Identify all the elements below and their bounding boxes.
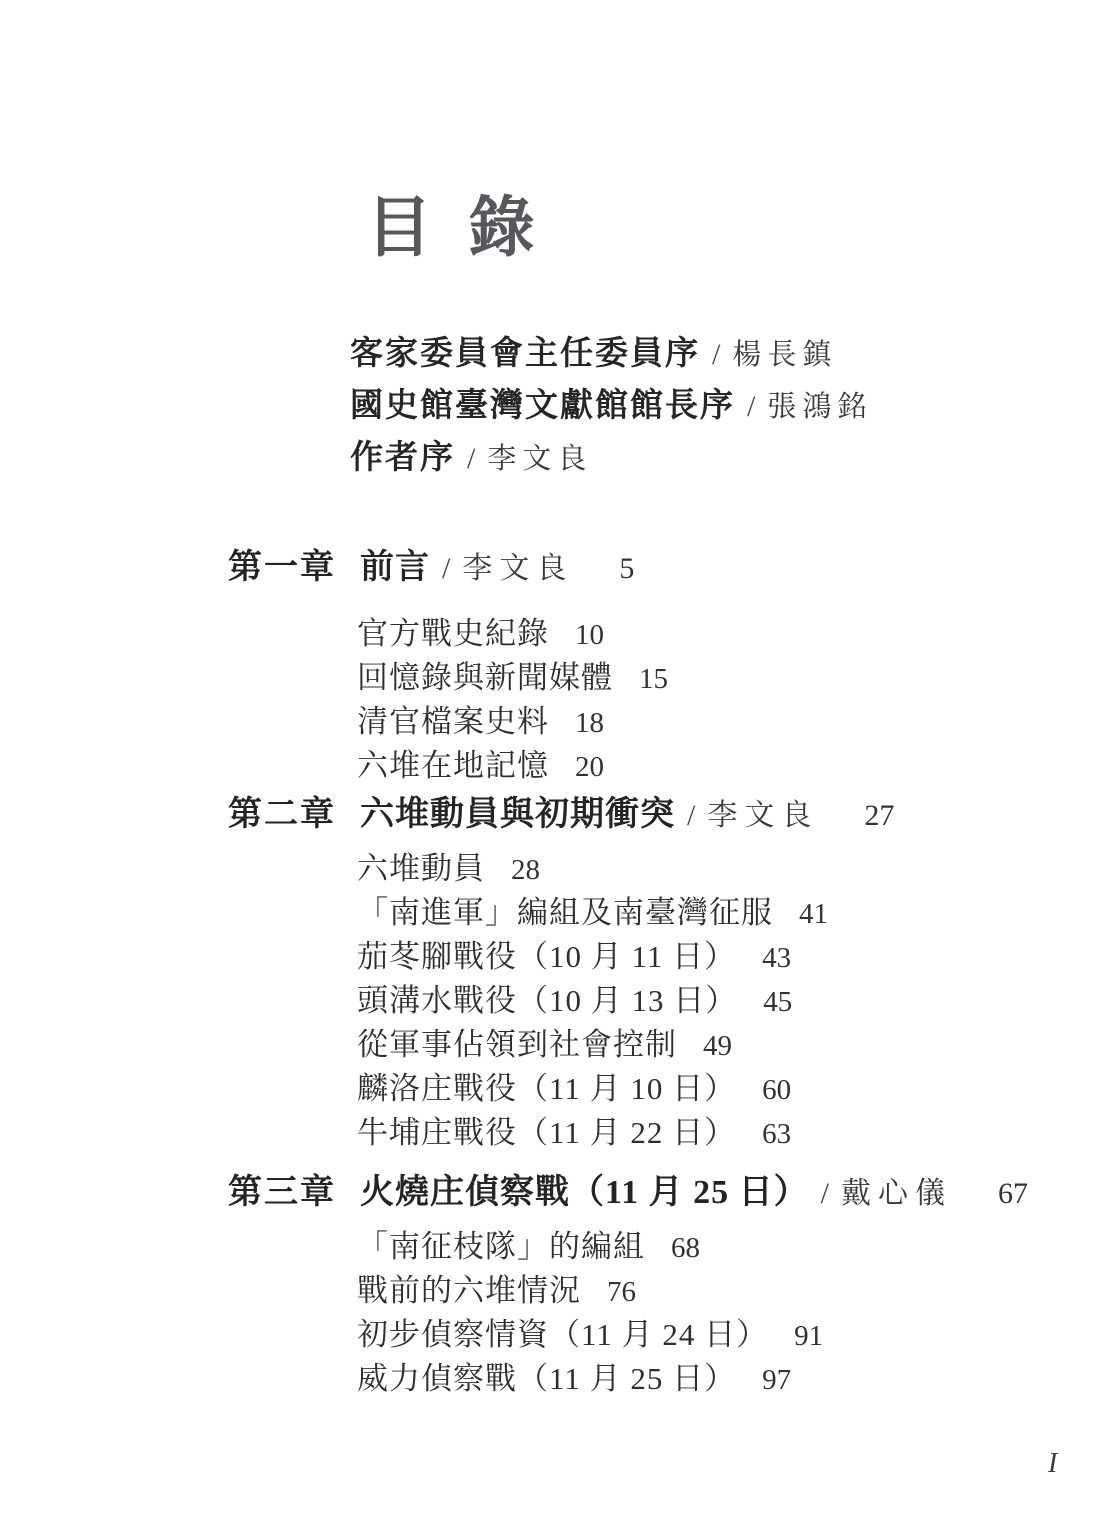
chapter-number: 第三章 (228, 1171, 360, 1215)
preface-author: 楊長鎮 (732, 339, 837, 371)
section-page-number: 10 (575, 619, 604, 651)
chapter-sections: 六堆動員28 「南進軍」編組及南臺灣征服41 茄苳腳戰役（10 月 11 日）4… (357, 847, 828, 1155)
chapter-heading: 第三章火燒庄偵察戰（11 月 25 日）/戴心儀67 (228, 1171, 1028, 1215)
section-title: 六堆動員 (357, 851, 485, 886)
section-title: 戰前的六堆情況 (357, 1273, 581, 1308)
page-title: 目 錄 (366, 196, 545, 262)
preface-title: 客家委員會主任委員序 (350, 336, 700, 372)
toc-section-row: 威力偵察戰（11 月 25 日）97 (357, 1357, 823, 1401)
toc-section-row: 回憶錄與新聞媒體15 (357, 656, 668, 700)
section-title: 麟洛庄戰役（11 月 10 日） (357, 1071, 736, 1106)
slash-separator: / (430, 552, 462, 585)
chapter-title: 火燒庄偵察戰（11 月 25 日） (360, 1174, 809, 1211)
section-page-number: 76 (607, 1276, 636, 1308)
section-page-number: 28 (511, 854, 540, 886)
toc-section-row: 頭溝水戰役（10 月 13 日）45 (357, 979, 828, 1023)
section-page-number: 91 (794, 1320, 823, 1352)
section-title: 「南征枝隊」的編組 (357, 1229, 645, 1264)
book-toc-page: 目 錄 客家委員會主任委員序/楊長鎮 國史館臺灣文獻館館長序/張鴻銘 作者序/李… (0, 0, 1104, 1514)
section-page-number: 60 (762, 1074, 791, 1106)
preface-title: 國史館臺灣文獻館館長序 (350, 388, 735, 424)
folio-page-number: I (1048, 1448, 1057, 1480)
chapter-title: 六堆動員與初期衝突 (360, 796, 675, 833)
preface-item: 作者序/李文良 (350, 432, 872, 484)
slash-separator: / (455, 442, 487, 475)
section-title: 清官檔案史料 (357, 704, 549, 739)
chapter-author: 李文良 (462, 552, 573, 585)
toc-section-row: 戰前的六堆情況76 (357, 1269, 823, 1313)
section-title: 「南進軍」編組及南臺灣征服 (357, 895, 773, 930)
section-title: 從軍事佔領到社會控制 (357, 1027, 677, 1062)
section-page-number: 68 (671, 1232, 700, 1264)
slash-separator: / (735, 390, 767, 423)
section-page-number: 63 (762, 1118, 791, 1150)
slash-separator: / (809, 1177, 841, 1210)
section-title: 頭溝水戰役（10 月 13 日） (357, 983, 737, 1018)
preface-author: 李文良 (487, 443, 592, 475)
section-page-number: 15 (639, 663, 668, 695)
chapter-page-number: 27 (864, 799, 894, 832)
chapter-author: 李文良 (707, 799, 818, 832)
chapter-author: 戴心儀 (841, 1177, 952, 1210)
chapter-heading: 第一章前言/李文良5 (228, 546, 634, 590)
preface-item: 客家委員會主任委員序/楊長鎮 (350, 328, 872, 380)
slash-separator: / (700, 338, 732, 371)
section-page-number: 43 (762, 942, 791, 974)
chapter-number: 第二章 (228, 793, 360, 837)
toc-section-row: 「南進軍」編組及南臺灣征服41 (357, 891, 828, 935)
preface-author: 張鴻銘 (767, 391, 872, 423)
chapter-sections: 官方戰史紀錄10 回憶錄與新聞媒體15 清官檔案史料18 六堆在地記憶20 (357, 612, 668, 788)
toc-section-row: 「南征枝隊」的編組68 (357, 1225, 823, 1269)
chapter-page-number: 67 (998, 1177, 1028, 1210)
section-title: 六堆在地記憶 (357, 748, 549, 783)
section-page-number: 20 (575, 751, 604, 783)
section-page-number: 41 (799, 898, 828, 930)
preface-item: 國史館臺灣文獻館館長序/張鴻銘 (350, 380, 872, 432)
chapter-sections: 「南征枝隊」的編組68 戰前的六堆情況76 初步偵察情資（11 月 24 日）9… (357, 1225, 823, 1401)
section-title: 回憶錄與新聞媒體 (357, 660, 613, 695)
section-page-number: 18 (575, 707, 604, 739)
slash-separator: / (675, 799, 707, 832)
toc-section-row: 茄苳腳戰役（10 月 11 日）43 (357, 935, 828, 979)
section-title: 初步偵察情資（11 月 24 日） (357, 1317, 768, 1352)
toc-section-row: 從軍事佔領到社會控制49 (357, 1023, 828, 1067)
toc-section-row: 初步偵察情資（11 月 24 日）91 (357, 1313, 823, 1357)
section-title: 威力偵察戰（11 月 25 日） (357, 1361, 736, 1396)
toc-section-row: 六堆在地記憶20 (357, 744, 668, 788)
toc-section-row: 清官檔案史料18 (357, 700, 668, 744)
section-page-number: 97 (762, 1364, 791, 1396)
chapter-heading: 第二章六堆動員與初期衝突/李文良27 (228, 793, 894, 837)
toc-section-row: 六堆動員28 (357, 847, 828, 891)
toc-section-row: 牛埔庄戰役（11 月 22 日）63 (357, 1111, 828, 1155)
section-page-number: 49 (703, 1030, 732, 1062)
section-title: 官方戰史紀錄 (357, 616, 549, 651)
chapter-title: 前言 (360, 549, 430, 586)
preface-list: 客家委員會主任委員序/楊長鎮 國史館臺灣文獻館館長序/張鴻銘 作者序/李文良 (350, 328, 872, 484)
toc-section-row: 官方戰史紀錄10 (357, 612, 668, 656)
section-page-number: 45 (763, 986, 792, 1018)
section-title: 牛埔庄戰役（11 月 22 日） (357, 1115, 736, 1150)
toc-section-row: 麟洛庄戰役（11 月 10 日）60 (357, 1067, 828, 1111)
chapter-number: 第一章 (228, 546, 360, 590)
chapter-page-number: 5 (619, 552, 634, 585)
preface-title: 作者序 (350, 440, 455, 476)
section-title: 茄苳腳戰役（10 月 11 日） (357, 939, 736, 974)
